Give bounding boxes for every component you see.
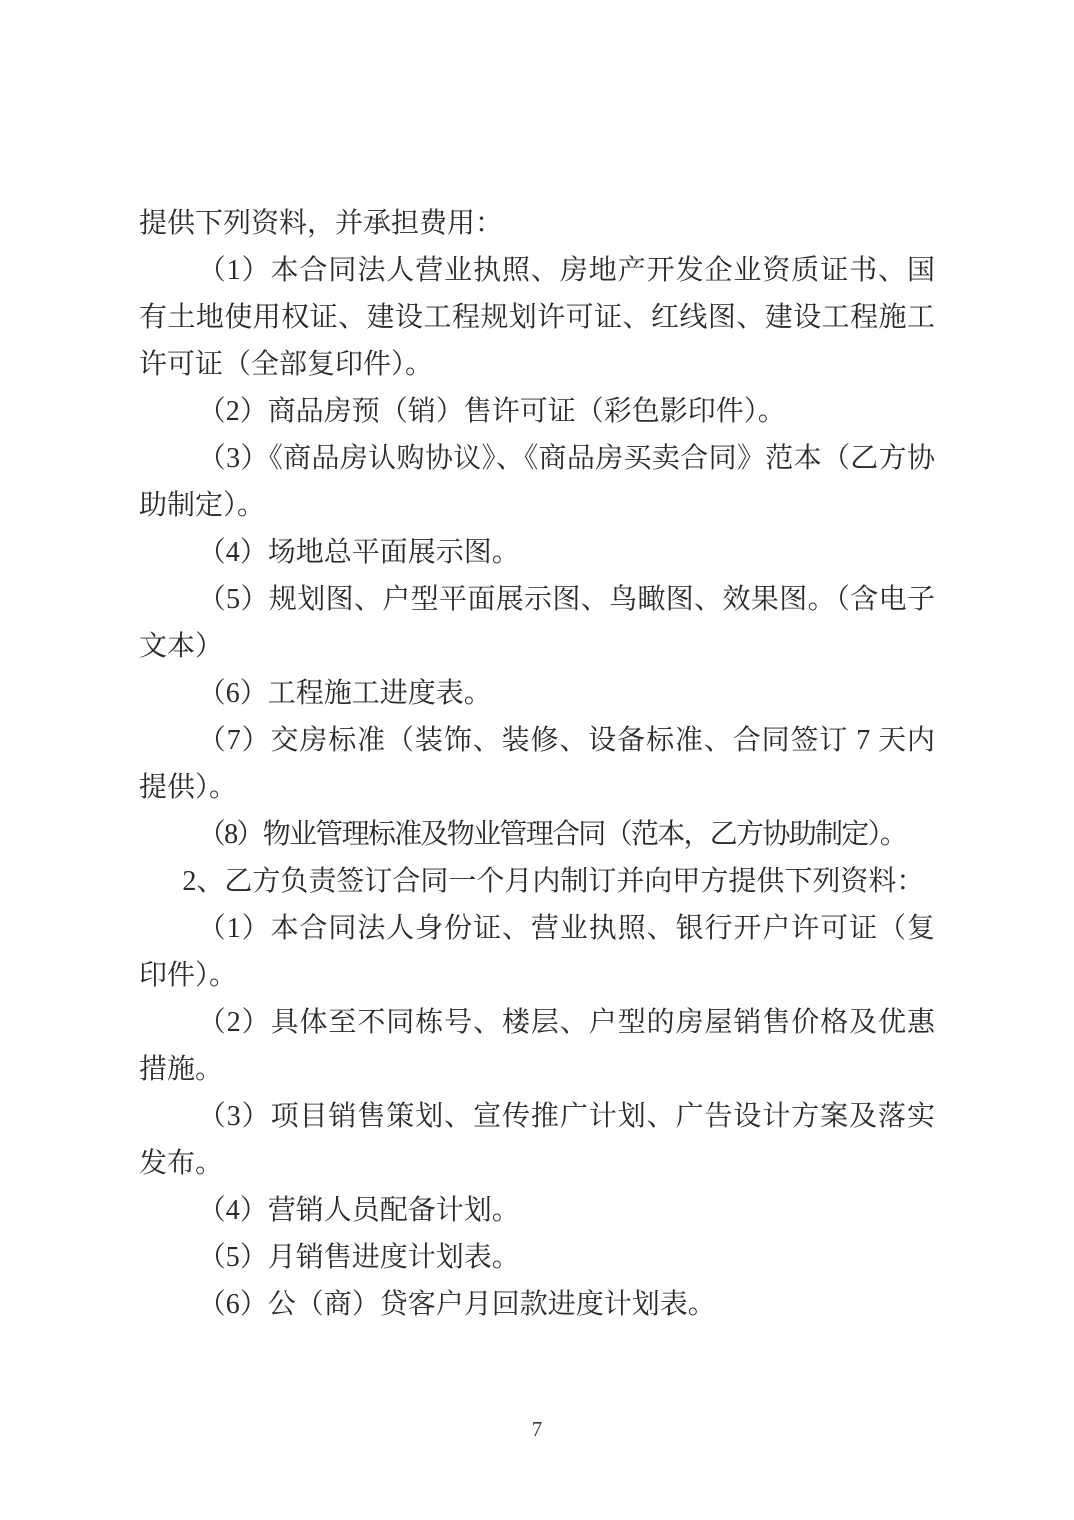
page-number: 7: [532, 1417, 543, 1441]
paragraph: 提供下列资料，并承担费用：: [139, 200, 935, 247]
paragraph: （5）规划图、户型平面展示图、鸟瞰图、效果图。（含电子文本）: [139, 576, 935, 670]
paragraph: （6）公（商）贷客户月回款进度计划表。: [139, 1281, 935, 1328]
paragraph: （2）商品房预（销）售许可证（彩色影印件）。: [139, 388, 935, 435]
paragraph: （1）本合同法人营业执照、房地产开发企业资质证书、国有土地使用权证、建设工程规划…: [139, 247, 935, 388]
paragraph: （1）本合同法人身份证、营业执照、银行开户许可证（复印件）。: [139, 905, 935, 999]
paragraph: （3）《商品房认购协议》、《商品房买卖合同》范本（乙方协助制定）。: [139, 435, 935, 529]
paragraph: （5）月销售进度计划表。: [139, 1234, 935, 1281]
paragraph: （4）场地总平面展示图。: [139, 529, 935, 576]
document-text-block: 提供下列资料，并承担费用：（1）本合同法人营业执照、房地产开发企业资质证书、国有…: [139, 200, 935, 1328]
paragraph: （6）工程施工进度表。: [139, 670, 935, 717]
document-page: 提供下列资料，并承担费用：（1）本合同法人营业执照、房地产开发企业资质证书、国有…: [0, 0, 1074, 1520]
paragraph: （7）交房标准（装饰、装修、设备标准、合同签订 7 天内提供）。: [139, 717, 935, 811]
paragraph: （3）项目销售策划、宣传推广计划、广告设计方案及落实发布。: [139, 1093, 935, 1187]
paragraph: （4）营销人员配备计划。: [139, 1187, 935, 1234]
paragraph: （2）具体至不同栋号、楼层、户型的房屋销售价格及优惠措施。: [139, 999, 935, 1093]
page-footer: 7: [0, 1417, 1074, 1442]
paragraph: 2、乙方负责签订合同一个月内制订并向甲方提供下列资料：: [139, 858, 935, 905]
paragraph: （8）物业管理标准及物业管理合同（范本，乙方协助制定）。: [139, 811, 935, 858]
